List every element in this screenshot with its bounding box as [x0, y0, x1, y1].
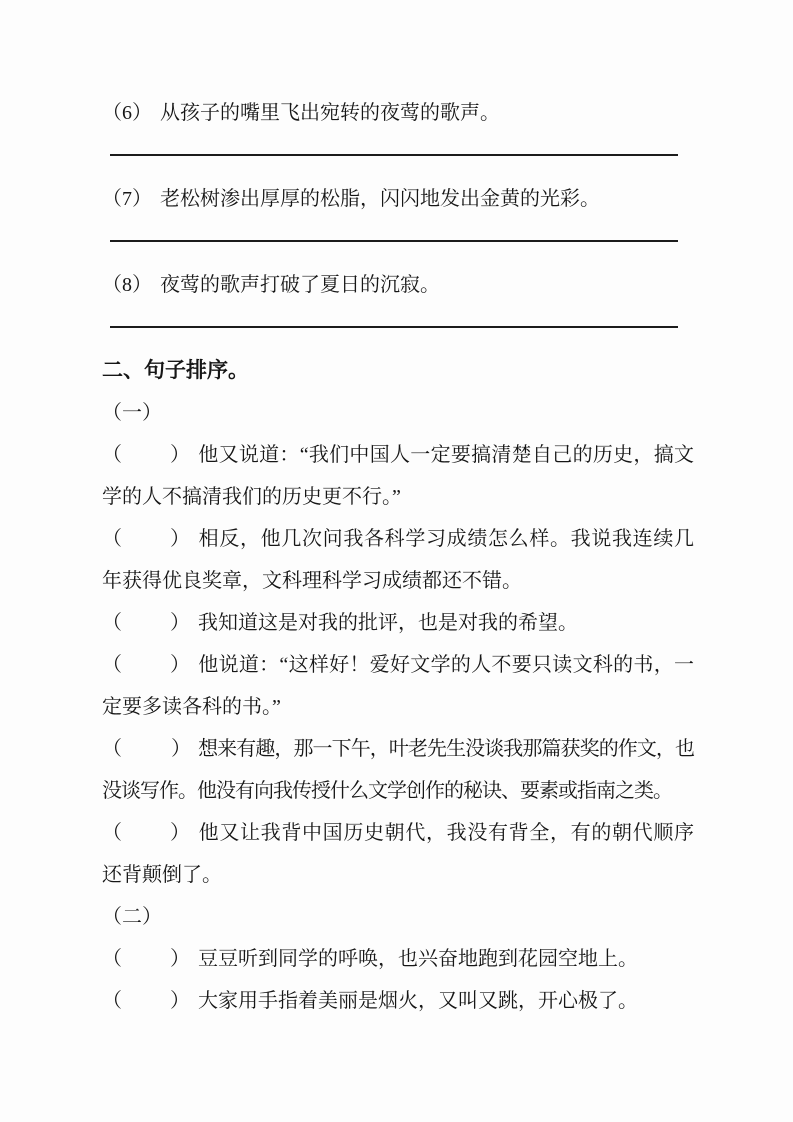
answer-blank[interactable]: （） [102, 938, 190, 980]
paren-open: （ [102, 434, 122, 476]
paren-close: ） [170, 980, 190, 1022]
paren-open: （ [102, 980, 122, 1022]
item-number: （6） [102, 102, 152, 124]
sentence-text: 我知道这是对我的批评，也是对我的希望。 [198, 612, 578, 634]
sentence-text: 他又让我背中国历史朝代，我没有背全，有的朝代顺序还背颠倒了。 [102, 822, 694, 886]
answer-blank[interactable]: （） [102, 812, 190, 854]
paren-close: ） [171, 728, 190, 770]
sentence-text: 豆豆听到同学的呼唤，也兴奋地跑到花园空地上。 [198, 948, 638, 970]
ordering-item: （）相反，他几次问我各科学习成绩怎么样。我说我连续几年获得优良奖章，文科理科学习… [102, 518, 694, 602]
paren-close: ） [170, 938, 190, 980]
paren-open: （ [102, 518, 122, 560]
paren-close: ） [170, 644, 190, 686]
paren-close: ） [170, 434, 190, 476]
exercise-item-8: （8）夜莺的歌声打破了夏日的沉寂。 [102, 264, 694, 328]
answer-underline[interactable] [110, 306, 678, 328]
answer-blank[interactable]: （） [102, 980, 190, 1022]
sentence-text: 大家用手指着美丽是烟火，又叫又跳，开心极了。 [198, 990, 638, 1012]
section-one: （6）从孩子的嘴里飞出宛转的夜莺的歌声。 （7）老松树渗出厚厚的松脂，闪闪地发出… [102, 92, 694, 328]
answer-underline[interactable] [110, 134, 678, 156]
paren-open: （ [102, 728, 121, 770]
numbered-sentence: （8）夜莺的歌声打破了夏日的沉寂。 [102, 264, 694, 306]
paren-open: （ [102, 812, 122, 854]
ordering-item: （）他又说道：“我们中国人一定要搞清楚自己的历史，搞文学的人不搞清我们的历史更不… [102, 434, 694, 518]
paren-open: （ [102, 644, 122, 686]
numbered-sentence: （6）从孩子的嘴里飞出宛转的夜莺的歌声。 [102, 92, 694, 134]
paren-close: ） [170, 812, 190, 854]
group-label-2: （二） [102, 896, 694, 938]
sentence-text: 想来有趣，那一下午，叶老先生没谈我那篇获奖的作文，也没谈写作。他没有向我传授什么… [102, 738, 694, 802]
sentence-text: 他又说道：“我们中国人一定要搞清楚自己的历史，搞文学的人不搞清我们的历史更不行。… [102, 444, 694, 508]
sentence-text: 相反，他几次问我各科学习成绩怎么样。我说我连续几年获得优良奖章，文科理科学习成绩… [102, 528, 694, 592]
section-title: 二、句子排序。 [102, 350, 694, 392]
paren-open: （ [102, 602, 122, 644]
ordering-item: （）大家用手指着美丽是烟火，又叫又跳，开心极了。 [102, 980, 694, 1022]
answer-blank[interactable]: （） [102, 602, 190, 644]
answer-blank[interactable]: （） [102, 728, 190, 770]
ordering-item: （）豆豆听到同学的呼唤，也兴奋地跑到花园空地上。 [102, 938, 694, 980]
item-number: （7） [102, 188, 152, 210]
paren-open: （ [102, 938, 122, 980]
section-two: 二、句子排序。 （一） （）他又说道：“我们中国人一定要搞清楚自己的历史，搞文学… [102, 350, 694, 1022]
paren-close: ） [170, 518, 190, 560]
sentence-text: 他说道：“这样好！爱好文学的人不要只读文科的书，一定要多读各科的书。” [102, 654, 694, 718]
sentence-text: 从孩子的嘴里飞出宛转的夜莺的歌声。 [160, 102, 500, 124]
numbered-sentence: （7）老松树渗出厚厚的松脂，闪闪地发出金黄的光彩。 [102, 178, 694, 220]
answer-underline[interactable] [110, 220, 678, 242]
exercise-item-7: （7）老松树渗出厚厚的松脂，闪闪地发出金黄的光彩。 [102, 178, 694, 242]
ordering-item: （）我知道这是对我的批评，也是对我的希望。 [102, 602, 694, 644]
sentence-text: 老松树渗出厚厚的松脂，闪闪地发出金黄的光彩。 [160, 188, 600, 210]
sentence-text: 夜莺的歌声打破了夏日的沉寂。 [160, 274, 440, 296]
exercise-item-6: （6）从孩子的嘴里飞出宛转的夜莺的歌声。 [102, 92, 694, 156]
paren-close: ） [170, 602, 190, 644]
answer-blank[interactable]: （） [102, 644, 190, 686]
answer-blank[interactable]: （） [102, 434, 190, 476]
group-label-1: （一） [102, 392, 694, 434]
worksheet-page: （6）从孩子的嘴里飞出宛转的夜莺的歌声。 （7）老松树渗出厚厚的松脂，闪闪地发出… [0, 0, 793, 1122]
ordering-item: （）他说道：“这样好！爱好文学的人不要只读文科的书，一定要多读各科的书。” [102, 644, 694, 728]
ordering-item: （）想来有趣，那一下午，叶老先生没谈我那篇获奖的作文，也没谈写作。他没有向我传授… [102, 728, 694, 812]
item-number: （8） [102, 274, 152, 296]
answer-blank[interactable]: （） [102, 518, 190, 560]
ordering-item: （）他又让我背中国历史朝代，我没有背全，有的朝代顺序还背颠倒了。 [102, 812, 694, 896]
